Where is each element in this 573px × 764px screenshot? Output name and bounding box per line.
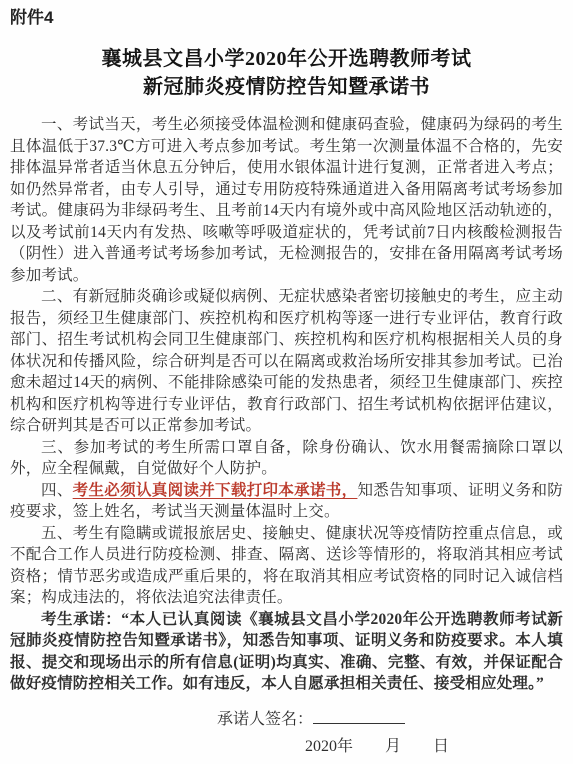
paragraph-5: 五、考生有隐瞒或谎报旅居史、接触史、健康状况等疫情防控重点信息，或不配合工作人员…: [10, 523, 563, 609]
paragraph-4-number: 四、: [41, 482, 73, 499]
paragraph-1: 一、考试当天，考生必须接受体温检测和健康码查验，健康码为绿码的考生且体温低于37…: [10, 114, 563, 286]
document-body: 一、考试当天，考生必须接受体温检测和健康码查验，健康码为绿码的考生且体温低于37…: [10, 114, 563, 695]
title-line-1: 襄城县文昌小学2020年公开选聘教师考试: [10, 45, 563, 73]
document-page: 附件4 襄城县文昌小学2020年公开选聘教师考试 新冠肺炎疫情防控告知暨承诺书 …: [0, 0, 573, 764]
paragraph-4: 四、考生必须认真阅读并下载打印本承诺书，知悉告知事项、证明义务和防疫要求，签上姓…: [10, 480, 563, 523]
paragraph-2: 二、有新冠肺炎确诊或疑似病例、无症状感染者密切接触史的考生，应主动报告，须经卫生…: [10, 286, 563, 437]
paragraph-4-red-emphasis: 考生必须认真阅读并下载打印本承诺书，: [73, 482, 358, 499]
title-line-2: 新冠肺炎疫情防控告知暨承诺书: [10, 73, 563, 101]
paragraph-3: 三、参加考试的考生所需口罩自备，除身份确认、饮水用餐需摘除口罩以外，应全程佩戴，…: [10, 437, 563, 480]
signature-date: 2020年 月 日: [10, 736, 563, 758]
signature-label: 承诺人签名：: [217, 711, 313, 728]
signature-blank-line: [313, 710, 405, 724]
candidate-commitment-paragraph: 考生承诺：“本人已认真阅读《襄城县文昌小学2020年公开选聘教师考试新冠肺炎疫情…: [10, 609, 563, 695]
signature-block: 承诺人签名： 2020年 月 日: [10, 709, 563, 758]
signature-row: 承诺人签名：: [10, 709, 563, 731]
document-title: 襄城县文昌小学2020年公开选聘教师考试 新冠肺炎疫情防控告知暨承诺书: [10, 45, 563, 101]
attachment-label: 附件4: [10, 7, 563, 29]
